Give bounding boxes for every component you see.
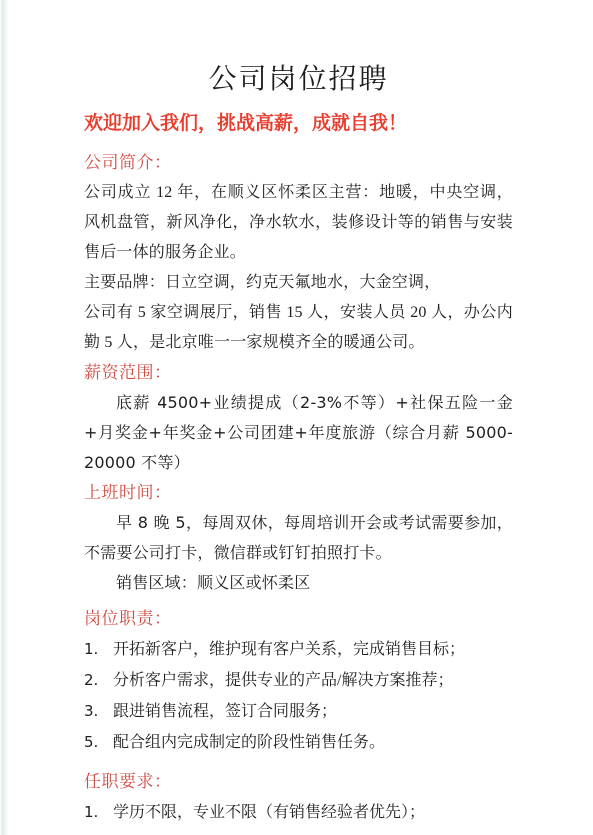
list-item: 1. 学历不限，专业不限（有销售经验者优先）；	[84, 797, 513, 828]
item-number: 3.	[84, 696, 113, 727]
company-intro-paragraph-3: 公司有 5 家空调展厅，销售 15 人，安装人员 20 人，办公内勤 5 人，是…	[84, 298, 513, 358]
salary-paragraph: 底薪 4500+业绩提成（2-3%不等）+社保五险一金+月奖金+年奖金+公司团建…	[84, 388, 513, 478]
item-text: 开拓新客户，维护现有客户关系，完成销售目标；	[113, 634, 513, 665]
company-intro-paragraph-1: 公司成立 12 年，在顺义区怀柔区主营：地暖，中央空调，风机盘管，新风净化，净水…	[84, 178, 513, 268]
list-item: 1. 开拓新客户，维护现有客户关系，完成销售目标；	[84, 634, 513, 665]
section-heading-requirements: 任职要求：	[84, 767, 513, 797]
section-heading-duties: 岗位职责：	[84, 604, 513, 634]
work-time-paragraph: 早 8 晚 5，每周双休，每周培训开会或考试需要参加，不需要公司打卡，微信群或钉…	[84, 508, 513, 568]
section-duties: 岗位职责： 1. 开拓新客户，维护现有客户关系，完成销售目标； 2. 分析客户需…	[84, 604, 513, 758]
item-number: 2.	[84, 665, 113, 696]
left-edge-strip	[0, 0, 8, 835]
item-text: 分析客户需求，提供专业的产品/解决方案推荐；	[113, 665, 513, 696]
document-page: 公司岗位招聘 欢迎加入我们，挑战高薪，成就自我！ 公司简介： 公司成立 12 年…	[0, 0, 593, 835]
item-number: 1.	[84, 634, 113, 665]
sales-region-line: 销售区域：顺义区或怀柔区	[84, 568, 513, 598]
welcome-line: 欢迎加入我们，挑战高薪，成就自我！	[84, 110, 513, 137]
item-number: 1.	[84, 797, 113, 828]
company-intro-paragraph-2: 主要品牌：日立空调，约克天氟地水，大金空调，	[84, 268, 513, 298]
section-work-time: 上班时间： 早 8 晚 5，每周双休，每周培训开会或考试需要参加，不需要公司打卡…	[84, 478, 513, 598]
list-item: 3. 跟进销售流程，签订合同服务；	[84, 696, 513, 727]
section-requirements: 任职要求： 1. 学历不限，专业不限（有销售经验者优先）；	[84, 767, 513, 828]
list-item: 5. 配合组内完成制定的阶段性销售任务。	[84, 727, 513, 758]
item-number: 5.	[84, 727, 113, 758]
page-title: 公司岗位招聘	[84, 57, 513, 103]
section-heading-company-intro: 公司简介：	[84, 148, 513, 178]
section-salary: 薪资范围： 底薪 4500+业绩提成（2-3%不等）+社保五险一金+月奖金+年奖…	[84, 358, 513, 478]
list-item: 2. 分析客户需求，提供专业的产品/解决方案推荐；	[84, 665, 513, 696]
item-text: 学历不限，专业不限（有销售经验者优先）；	[113, 797, 513, 828]
item-text: 配合组内完成制定的阶段性销售任务。	[113, 727, 513, 758]
section-heading-work-time: 上班时间：	[84, 478, 513, 508]
section-company-intro: 公司简介： 公司成立 12 年，在顺义区怀柔区主营：地暖，中央空调，风机盘管，新…	[84, 148, 513, 358]
item-text: 跟进销售流程，签订合同服务；	[113, 696, 513, 727]
section-heading-salary: 薪资范围：	[84, 358, 513, 388]
document-content: 公司岗位招聘 欢迎加入我们，挑战高薪，成就自我！ 公司简介： 公司成立 12 年…	[84, 57, 513, 828]
